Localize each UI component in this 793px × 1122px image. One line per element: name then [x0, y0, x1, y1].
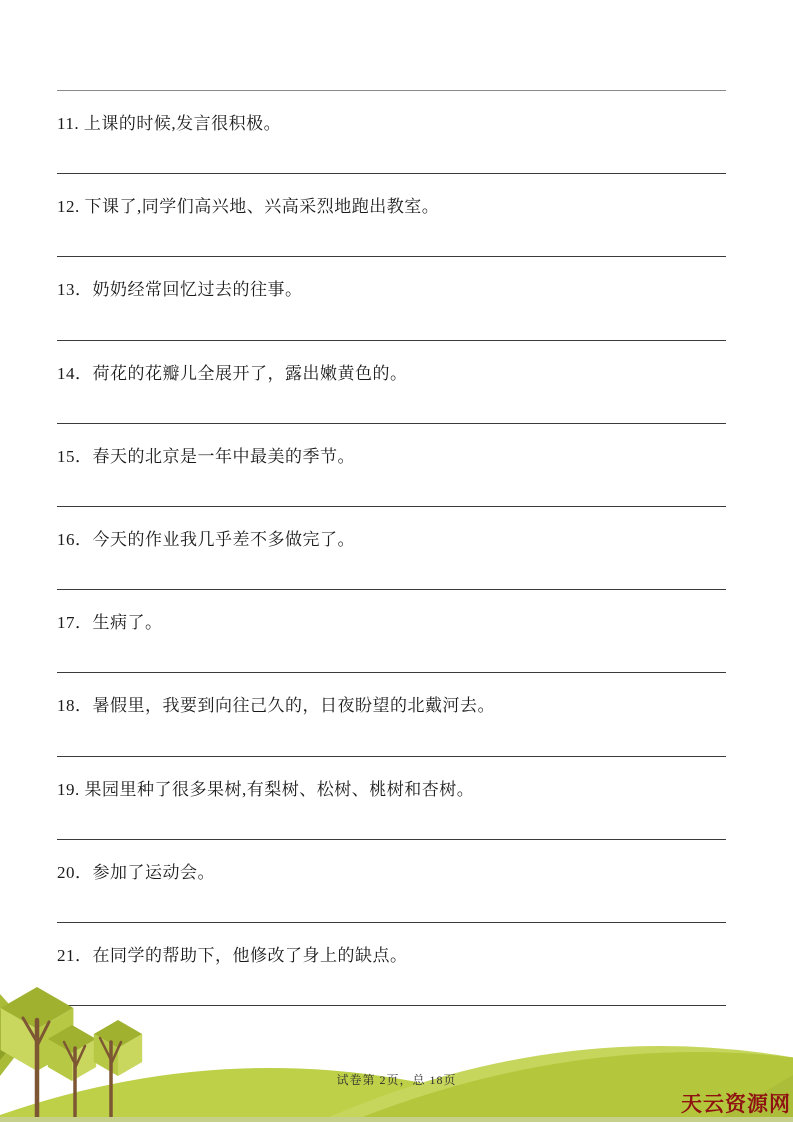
- sentence-text: 11. 上课的时候,发言很积极。: [57, 91, 726, 134]
- watermark-text: 天云资源网: [681, 1088, 791, 1118]
- worksheet-item: 15．春天的北京是一年中最美的季节。: [57, 424, 726, 507]
- worksheet-item: 18．暑假里，我要到向往己久的，日夜盼望的北戴河去。: [57, 673, 726, 756]
- footer-art: [0, 980, 793, 1122]
- sentence-text: 16．今天的作业我几乎差不多做完了。: [57, 507, 726, 550]
- worksheet-body: 11. 上课的时候,发言很积极。 12. 下课了,同学们高兴地、兴高采烈地跑出教…: [57, 90, 726, 1006]
- sentence-text: 13．奶奶经常回忆过去的往事。: [57, 257, 726, 300]
- worksheet-item: 19. 果园里种了很多果树,有梨树、松树、桃树和杏树。: [57, 757, 726, 840]
- worksheet-page: 11. 上课的时候,发言很积极。 12. 下课了,同学们高兴地、兴高采烈地跑出教…: [0, 0, 793, 1122]
- sentence-text: 18．暑假里，我要到向往己久的，日夜盼望的北戴河去。: [57, 673, 726, 716]
- sentence-text: 19. 果园里种了很多果树,有梨树、松树、桃树和杏树。: [57, 757, 726, 800]
- worksheet-item: 17．生病了。: [57, 590, 726, 673]
- worksheet-item: 14．荷花的花瓣儿全展开了，露出嫩黄色的。: [57, 341, 726, 424]
- worksheet-item: 20．参加了运动会。: [57, 840, 726, 923]
- page-number-label: 试卷第 2页，总 18页: [0, 1071, 793, 1088]
- worksheet-item: 12. 下课了,同学们高兴地、兴高采烈地跑出教室。: [57, 174, 726, 257]
- sentence-text: 15．春天的北京是一年中最美的季节。: [57, 424, 726, 467]
- item-list: 11. 上课的时候,发言很积极。 12. 下课了,同学们高兴地、兴高采烈地跑出教…: [57, 91, 726, 1006]
- sentence-text: 20．参加了运动会。: [57, 840, 726, 883]
- sentence-text: 12. 下课了,同学们高兴地、兴高采烈地跑出教室。: [57, 174, 726, 217]
- bottom-strip: [0, 1117, 793, 1122]
- worksheet-item: 11. 上课的时候,发言很积极。: [57, 91, 726, 174]
- sentence-text: 14．荷花的花瓣儿全展开了，露出嫩黄色的。: [57, 341, 726, 384]
- sentence-text: 21．在同学的帮助下，他修改了身上的缺点。: [57, 923, 726, 966]
- sentence-text: 17．生病了。: [57, 590, 726, 633]
- worksheet-item: 16．今天的作业我几乎差不多做完了。: [57, 507, 726, 590]
- worksheet-item: 13．奶奶经常回忆过去的往事。: [57, 257, 726, 340]
